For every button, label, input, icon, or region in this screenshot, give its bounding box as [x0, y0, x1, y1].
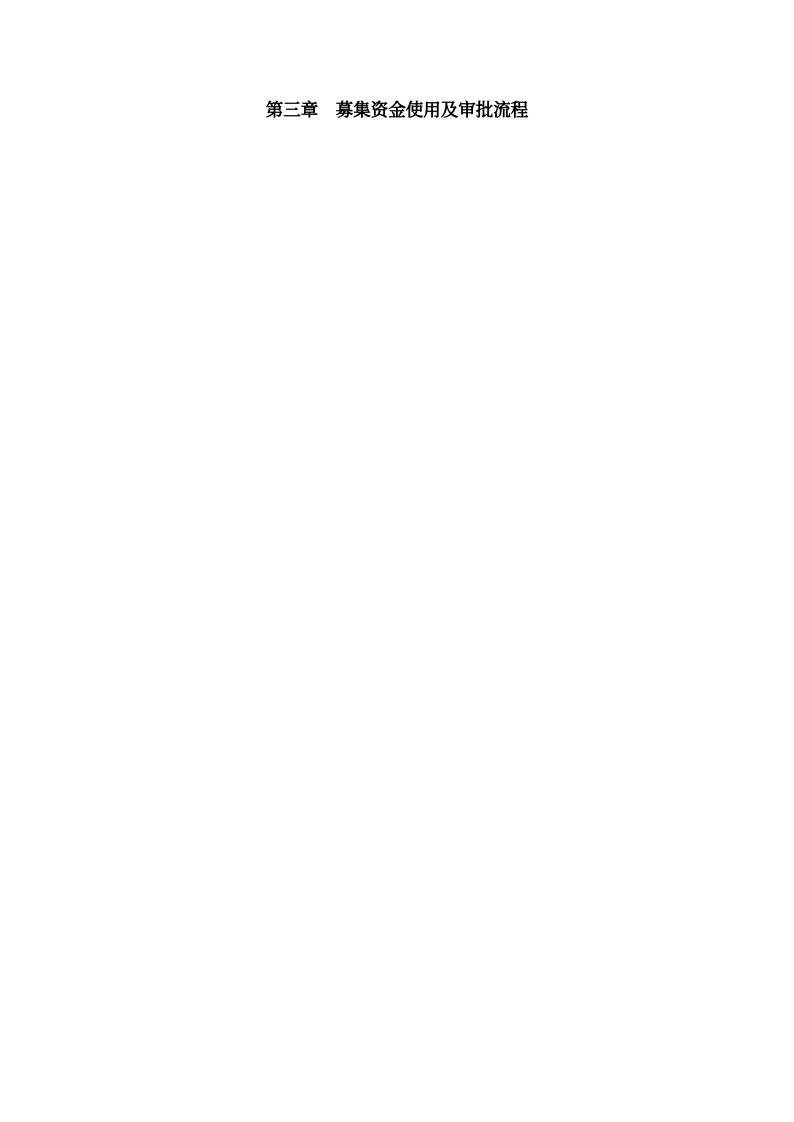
document-page: 第三章 募集资金使用及审批流程: [0, 0, 794, 1122]
document-body: 第三章 募集资金使用及审批流程: [113, 95, 681, 127]
chapter-heading: 第三章 募集资金使用及审批流程: [113, 95, 681, 127]
